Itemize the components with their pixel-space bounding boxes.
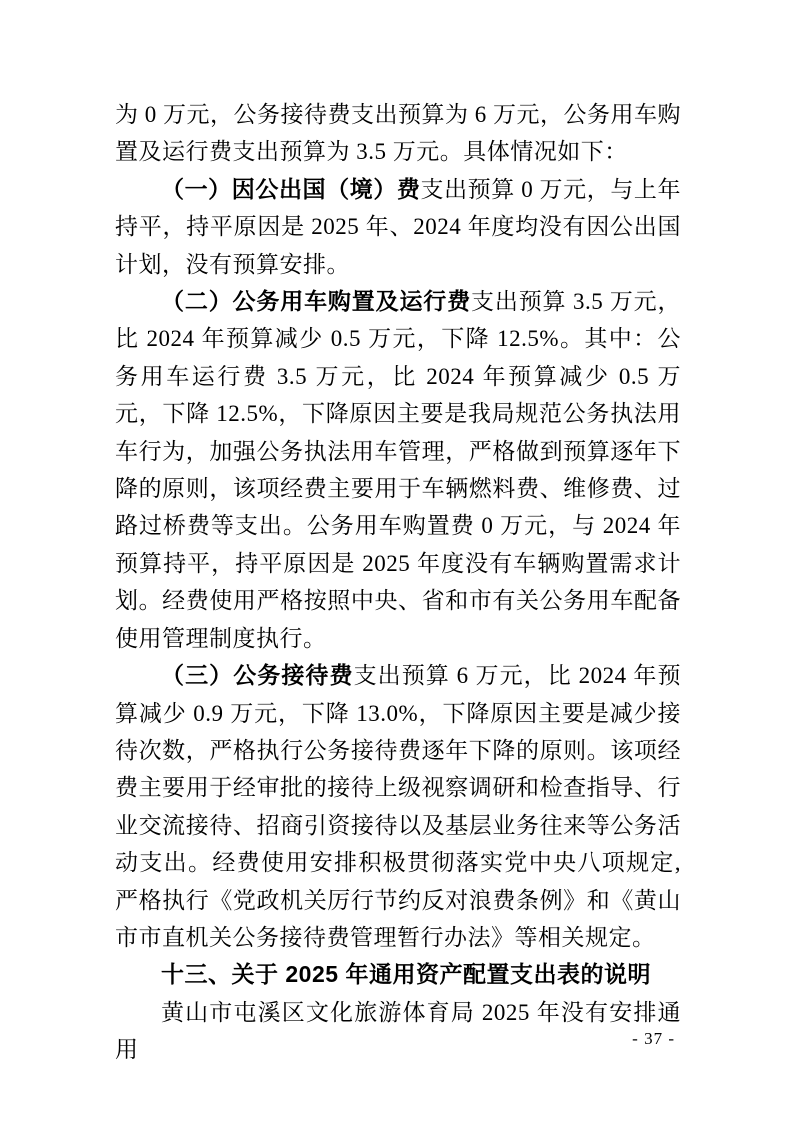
paragraph-section-2-lead: （二）公务用车购置及运行费 [161,289,471,314]
paragraph-section-3-text: 支出预算 6 万元，比 2024 年预算减少 0.9 万元，下降 13.0%，下… [115,663,681,950]
paragraph-section-3-lead: （三）公务接待费 [161,663,354,688]
paragraph-last: 黄山市屯溪区文化旅游体育局 2025 年没有安排通用 [115,994,681,1069]
paragraph-section-2-text: 支出预算 3.5 万元，比 2024 年预算减少 0.5 万元，下降 12.5%… [115,289,681,651]
page-number: - 37 - [632,1028,675,1050]
section-heading: 十三、关于 2025 年通用资产配置支出表的说明 [115,956,681,993]
paragraph-continuation: 为 0 万元，公务接待费支出预算为 6 万元，公务用车购置及运行费支出预算为 3… [115,96,681,171]
document-body: 为 0 万元，公务接待费支出预算为 6 万元，公务用车购置及运行费支出预算为 3… [115,96,681,1069]
paragraph-section-1: （一）因公出国（境）费支出预算 0 万元，与上年持平，持平原因是 2025 年、… [115,171,681,283]
paragraph-section-2: （二）公务用车购置及运行费支出预算 3.5 万元，比 2024 年预算减少 0.… [115,283,681,657]
document-page: 为 0 万元，公务接待费支出预算为 6 万元，公务用车购置及运行费支出预算为 3… [0,0,793,1122]
paragraph-section-1-lead: （一）因公出国（境）费 [161,177,421,202]
paragraph-section-3: （三）公务接待费支出预算 6 万元，比 2024 年预算减少 0.9 万元，下降… [115,657,681,956]
